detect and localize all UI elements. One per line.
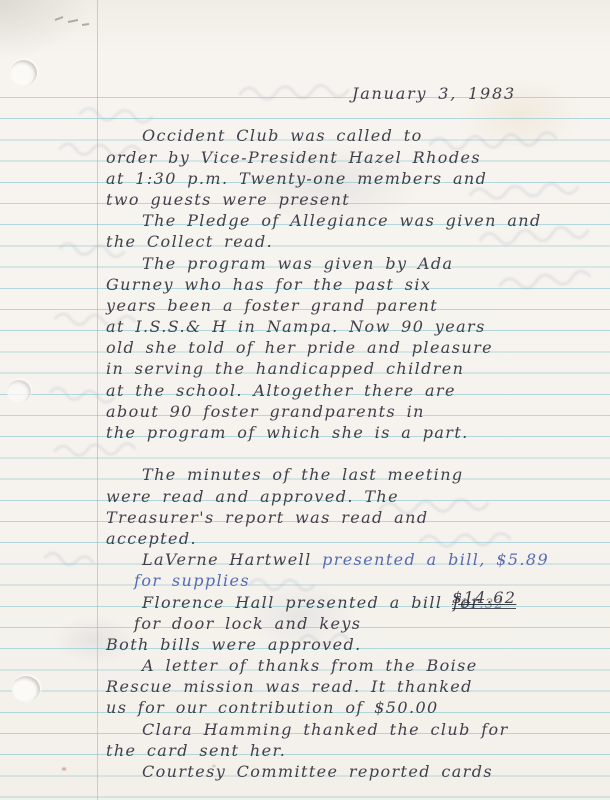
handwriting-line: The program was given by Ada <box>0 253 610 274</box>
ink-segment: for door lock and keys <box>134 614 361 633</box>
handwriting-line: A letter of thanks from the Boise <box>0 655 610 676</box>
handwriting-line <box>0 443 610 464</box>
handwriting-line: two guests were present <box>0 189 610 210</box>
handwriting-line: the Collect read. <box>0 231 610 252</box>
ink-segment: order by Vice-President Hazel Rhodes <box>106 148 481 167</box>
handwriting-line: at 1:30 p.m. Twenty-one members and <box>0 168 610 189</box>
ink-segment: Clara Hamming thanked the club for <box>142 720 509 739</box>
ink-segment: at 1:30 p.m. Twenty-one members and <box>106 169 487 188</box>
ink-segment: two guests were present <box>106 190 350 209</box>
ink-segment: old she told of her pride and pleasure <box>106 338 493 357</box>
handwriting-line: Rescue mission was read. It thanked <box>0 676 610 697</box>
handwriting-line <box>0 104 610 125</box>
handwriting-line: for supplies <box>0 570 610 591</box>
handwriting-line: the program of which she is a part. <box>0 422 610 443</box>
ink-segment: accepted. <box>106 529 197 548</box>
ink-segment: in serving the handicapped children <box>106 359 464 378</box>
ink-segment: the program of which she is a part. <box>106 423 469 442</box>
ink-segment: Both bills were approved. <box>106 635 362 654</box>
bill-amount: $14.62 <box>452 587 516 609</box>
blue-ink-segment: for supplies <box>134 571 250 590</box>
handwriting-line: the card sent her. <box>0 740 610 761</box>
handwriting-line: at I.S.S.& H in Nampa. Now 90 years <box>0 316 610 337</box>
handwriting-line: order by Vice-President Hazel Rhodes <box>0 147 610 168</box>
ink-segment: Florence Hall presented a bill for <box>142 593 480 612</box>
handwriting-line: Both bills were approved. <box>0 634 610 655</box>
ink-segment: LaVerne Hartwell <box>142 550 322 569</box>
handwriting-line: us for our contribution of $50.00 <box>0 697 610 718</box>
handwriting-line: about 90 foster grandparents in <box>0 401 610 422</box>
ink-segment: January 3, 1983 <box>352 84 516 103</box>
handwriting-line: old she told of her pride and pleasure <box>0 337 610 358</box>
blue-ink-segment: presented a bill, $5.89 <box>322 550 549 569</box>
ink-segment: years been a foster grand parent <box>106 296 438 315</box>
handwriting-line: Clara Hamming thanked the club for <box>0 719 610 740</box>
scanned-page: January 3, 1983Occident Club was called … <box>0 0 610 800</box>
ink-segment: Occident Club was called to <box>142 126 423 145</box>
ink-segment: us for our contribution of $50.00 <box>106 698 439 717</box>
ink-segment: Treasurer's report was read and <box>106 508 428 527</box>
handwriting-line: in serving the handicapped children <box>0 358 610 379</box>
handwriting-line: at the school. Altogether there are <box>0 380 610 401</box>
handwriting-line: accepted. <box>0 528 610 549</box>
handwriting-line: Gurney who has for the past six <box>0 274 610 295</box>
handwriting-line: Occident Club was called to <box>0 125 610 146</box>
ink-segment: A letter of thanks from the Boise <box>142 656 478 675</box>
ink-segment: The minutes of the last meeting <box>142 465 464 484</box>
ink-segment: Rescue mission was read. It thanked <box>106 677 473 696</box>
ink-segment: the Collect read. <box>106 232 273 251</box>
ink-segment: Courtesy Committee reported cards <box>142 762 493 781</box>
date-line: January 3, 1983 <box>0 83 610 104</box>
ink-segment: The Pledge of Allegiance was given and <box>142 211 542 230</box>
handwriting-line: for door lock and keys <box>0 613 610 634</box>
handwritten-text: January 3, 1983Occident Club was called … <box>0 83 610 782</box>
ink-segment: The program was given by Ada <box>142 254 453 273</box>
ink-segment: at I.S.S.& H in Nampa. Now 90 years <box>106 317 486 336</box>
ink-segment: the card sent her. <box>106 741 286 760</box>
handwriting-line: Florence Hall presented a bill for11.32$… <box>0 592 610 613</box>
handwriting-line: years been a foster grand parent <box>0 295 610 316</box>
ink-segment: at the school. Altogether there are <box>106 381 456 400</box>
pencil-smudge <box>0 0 120 40</box>
ink-segment: were read and approved. The <box>106 487 399 506</box>
handwriting-line: Courtesy Committee reported cards <box>0 761 610 782</box>
ink-segment: about 90 foster grandparents in <box>106 402 425 421</box>
handwriting-line: The Pledge of Allegiance was given and <box>0 210 610 231</box>
handwriting-line: The minutes of the last meeting <box>0 464 610 485</box>
handwriting-line: were read and approved. The <box>0 486 610 507</box>
handwriting-line: Treasurer's report was read and <box>0 507 610 528</box>
ink-segment: Gurney who has for the past six <box>106 275 431 294</box>
handwriting-line: LaVerne Hartwell presented a bill, $5.89 <box>0 549 610 570</box>
